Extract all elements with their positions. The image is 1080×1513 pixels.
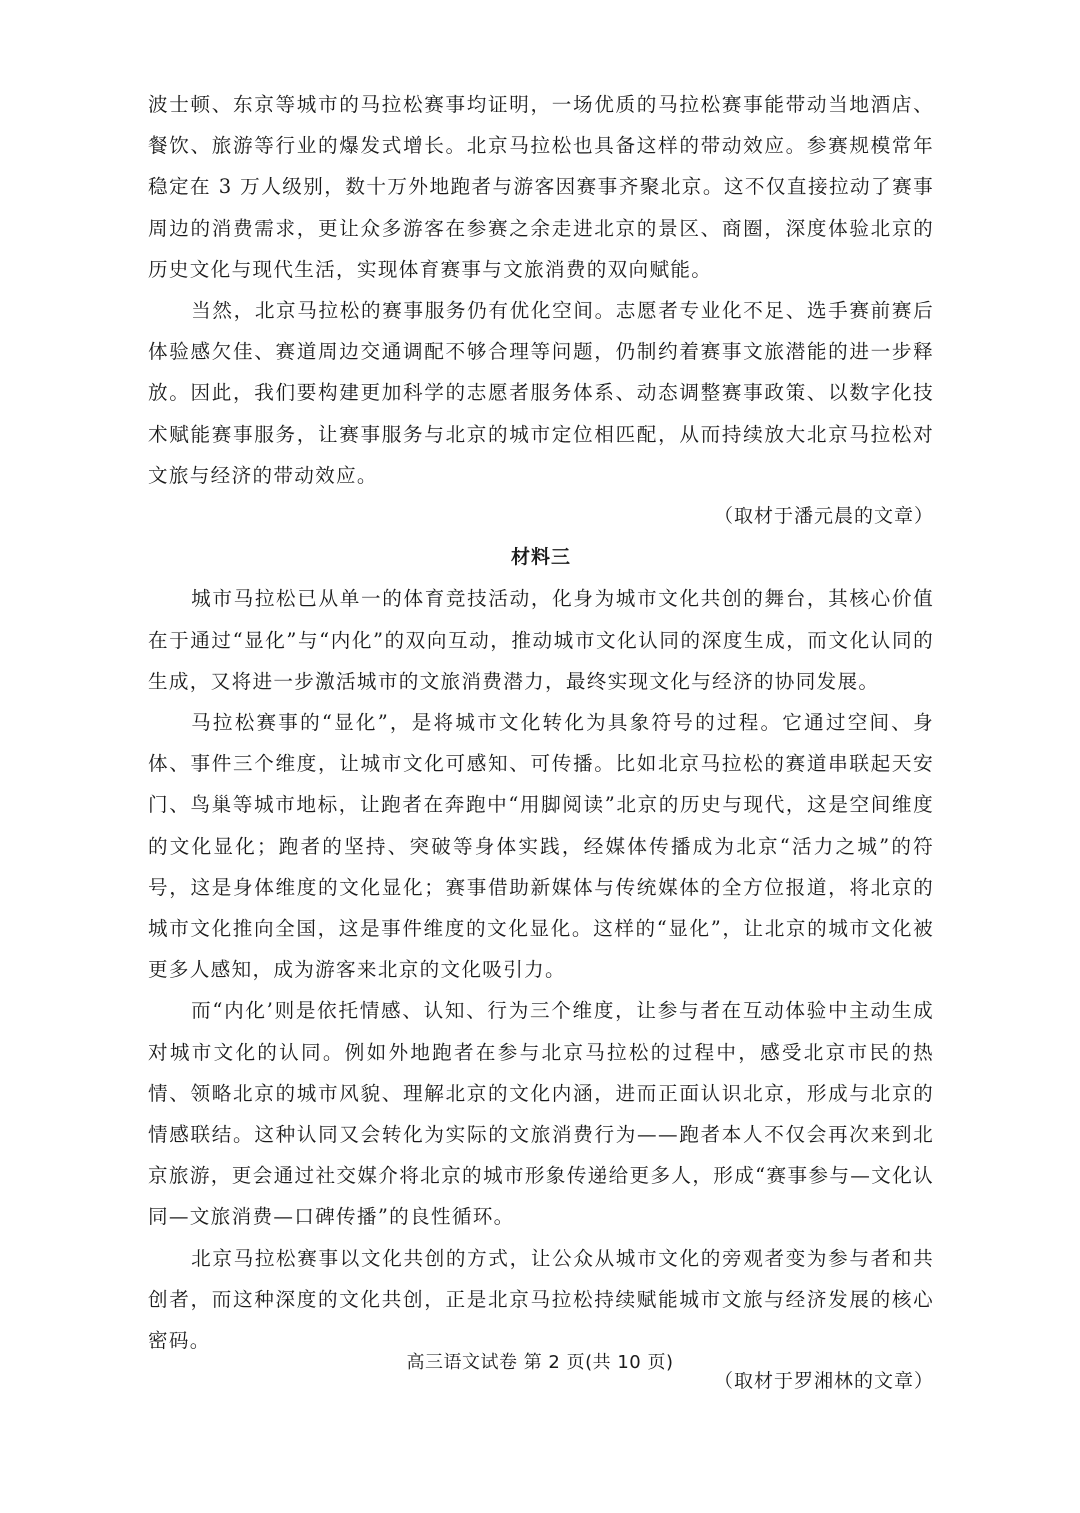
paragraph: 而“内化’则是依托情感、认知、行为三个维度，让参与者在互动体验中主动生成对城市文… xyxy=(148,990,934,1237)
exam-page-body: 波士顿、东京等城市的马拉松赛事均证明，一场优质的马拉松赛事能带动当地酒店、餐饮、… xyxy=(148,84,934,1403)
paragraph-continued: 波士顿、东京等城市的马拉松赛事均证明，一场优质的马拉松赛事能带动当地酒店、餐饮、… xyxy=(148,84,934,290)
section-title: 材料三 xyxy=(148,537,934,578)
source-citation: （取材于潘元晨的文章） xyxy=(148,496,934,537)
paragraph: 马拉松赛事的“显化”，是将城市文化转化为具象符号的过程。它通过空间、身体、事件三… xyxy=(148,702,934,990)
paragraph: 北京马拉松赛事以文化共创的方式，让公众从城市文化的旁观者变为参与者和共创者，而这… xyxy=(148,1238,934,1362)
page-footer: 高三语文试卷 第 2 页(共 10 页) xyxy=(0,1348,1080,1374)
paragraph: 城市马拉松已从单一的体育竞技活动，化身为城市文化共创的舞台，其核心价值在于通过“… xyxy=(148,578,934,702)
paragraph: 当然，北京马拉松的赛事服务仍有优化空间。志愿者专业化不足、选手赛前赛后体验感欠佳… xyxy=(148,290,934,496)
